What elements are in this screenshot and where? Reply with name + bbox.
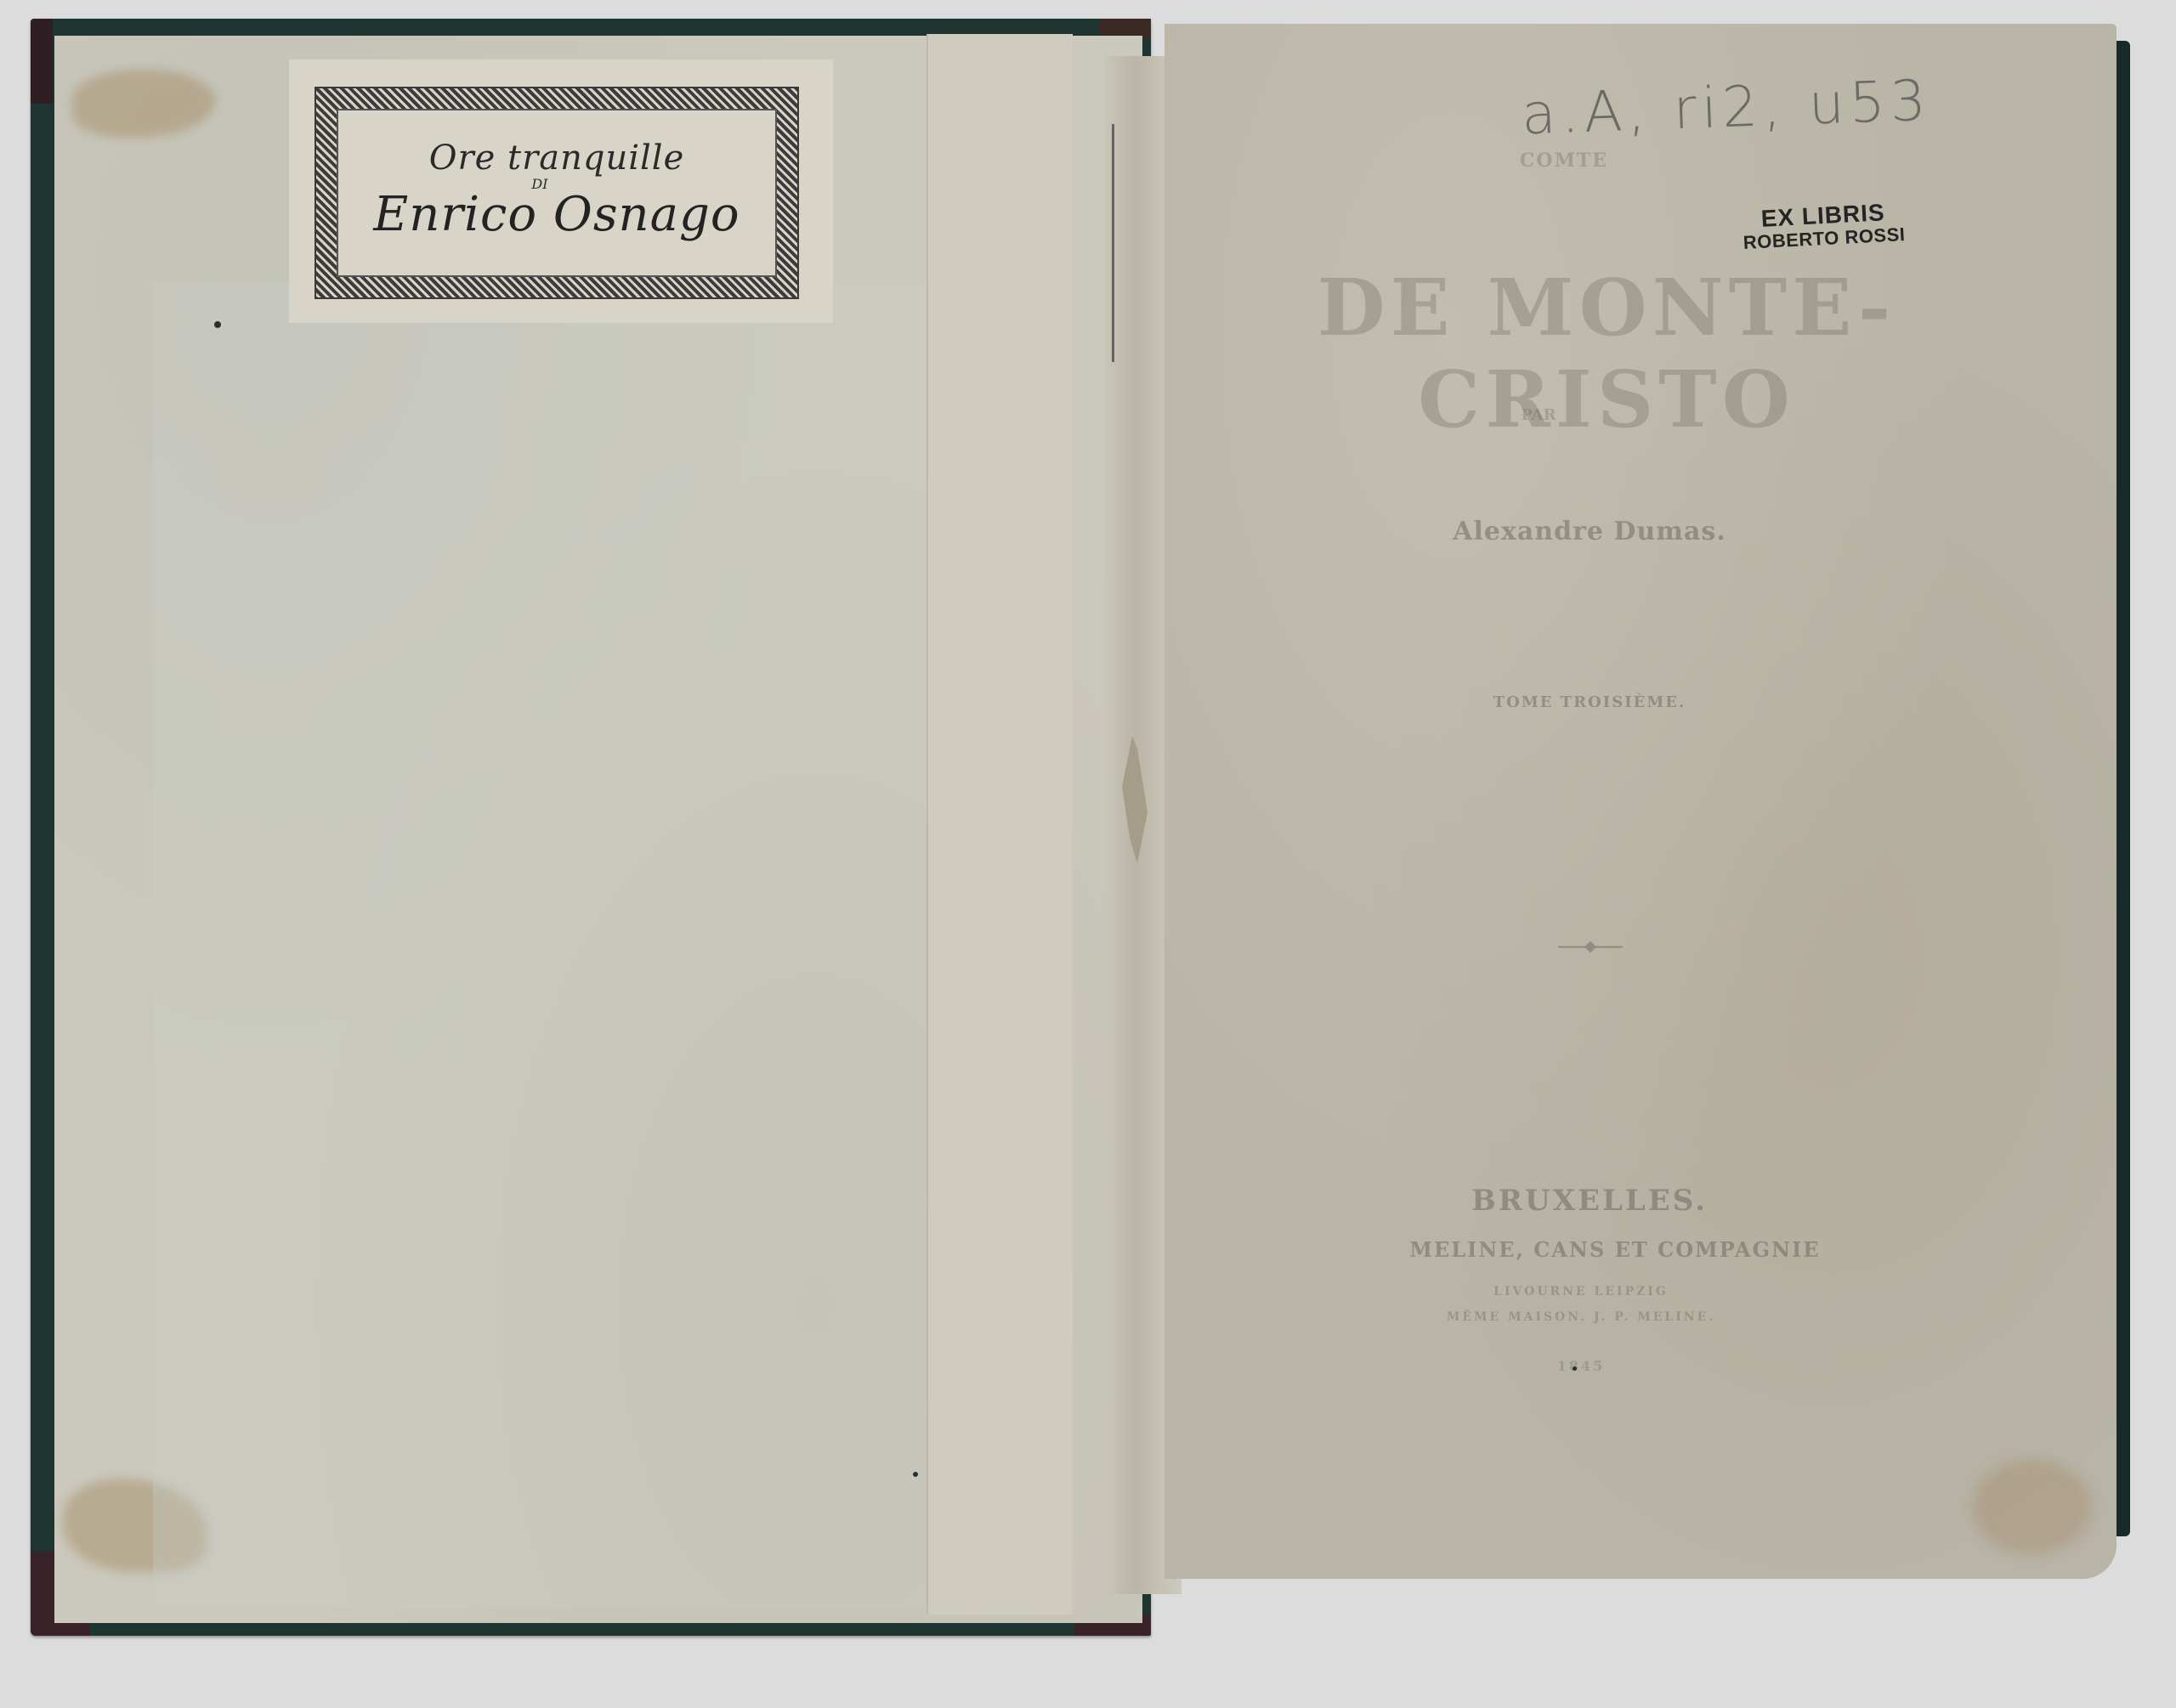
title-page-comte: COMTE	[1088, 150, 2040, 172]
title-page-author: Alexandre Dumas.	[1113, 517, 2065, 546]
foxing-spot	[214, 321, 221, 328]
water-stain-bottom-right	[1972, 1460, 2091, 1553]
title-page-par: PAR	[1062, 406, 2014, 424]
leather-corner-top-left	[31, 19, 53, 104]
pastedown-panel	[153, 282, 1037, 1608]
water-stain-top	[71, 70, 216, 138]
title-page-imprint-line-1: LIVOURNE LEIPZIG	[1105, 1285, 2057, 1298]
title-page: a.A, ri2, u53 EX LIBRIS ROBERTO ROSSI CO…	[1164, 24, 2116, 1579]
title-page-ornament-rule: ——◆——	[1113, 937, 2065, 955]
handwritten-shelfmark: a.A, ri2, u53	[1521, 68, 1932, 148]
foxing-spot	[913, 1472, 918, 1477]
title-page-imprint-line-2: MÊME MAISON. J. P. MELINE.	[1105, 1310, 2057, 1324]
title-page-publisher: MELINE, CANS ET COMPAGNIE	[1139, 1237, 2091, 1262]
foxing-spot	[1572, 1366, 1577, 1371]
title-page-year: 1845	[1105, 1358, 2057, 1374]
flyleaf-edge	[926, 34, 1073, 1615]
gutter-tear	[1122, 736, 1147, 863]
bookplate-label: Ore tranquille DI Enrico Osnago	[289, 59, 833, 323]
title-page-city: BRUXELLES.	[1113, 1184, 2065, 1218]
bookplate-line-1: Ore tranquille	[429, 139, 685, 178]
title-page-volume: TOME TROISIÈME.	[1113, 693, 2065, 711]
ex-libris-stamp: EX LIBRIS ROBERTO ROSSI	[1742, 200, 1906, 252]
right-cover-edge	[2116, 41, 2130, 1536]
bookplate-owner-name: Enrico Osnago	[373, 187, 739, 242]
bookplate-inner: Ore tranquille DI Enrico Osnago	[337, 109, 777, 277]
bookplate-ornamental-frame: Ore tranquille DI Enrico Osnago	[314, 87, 799, 299]
